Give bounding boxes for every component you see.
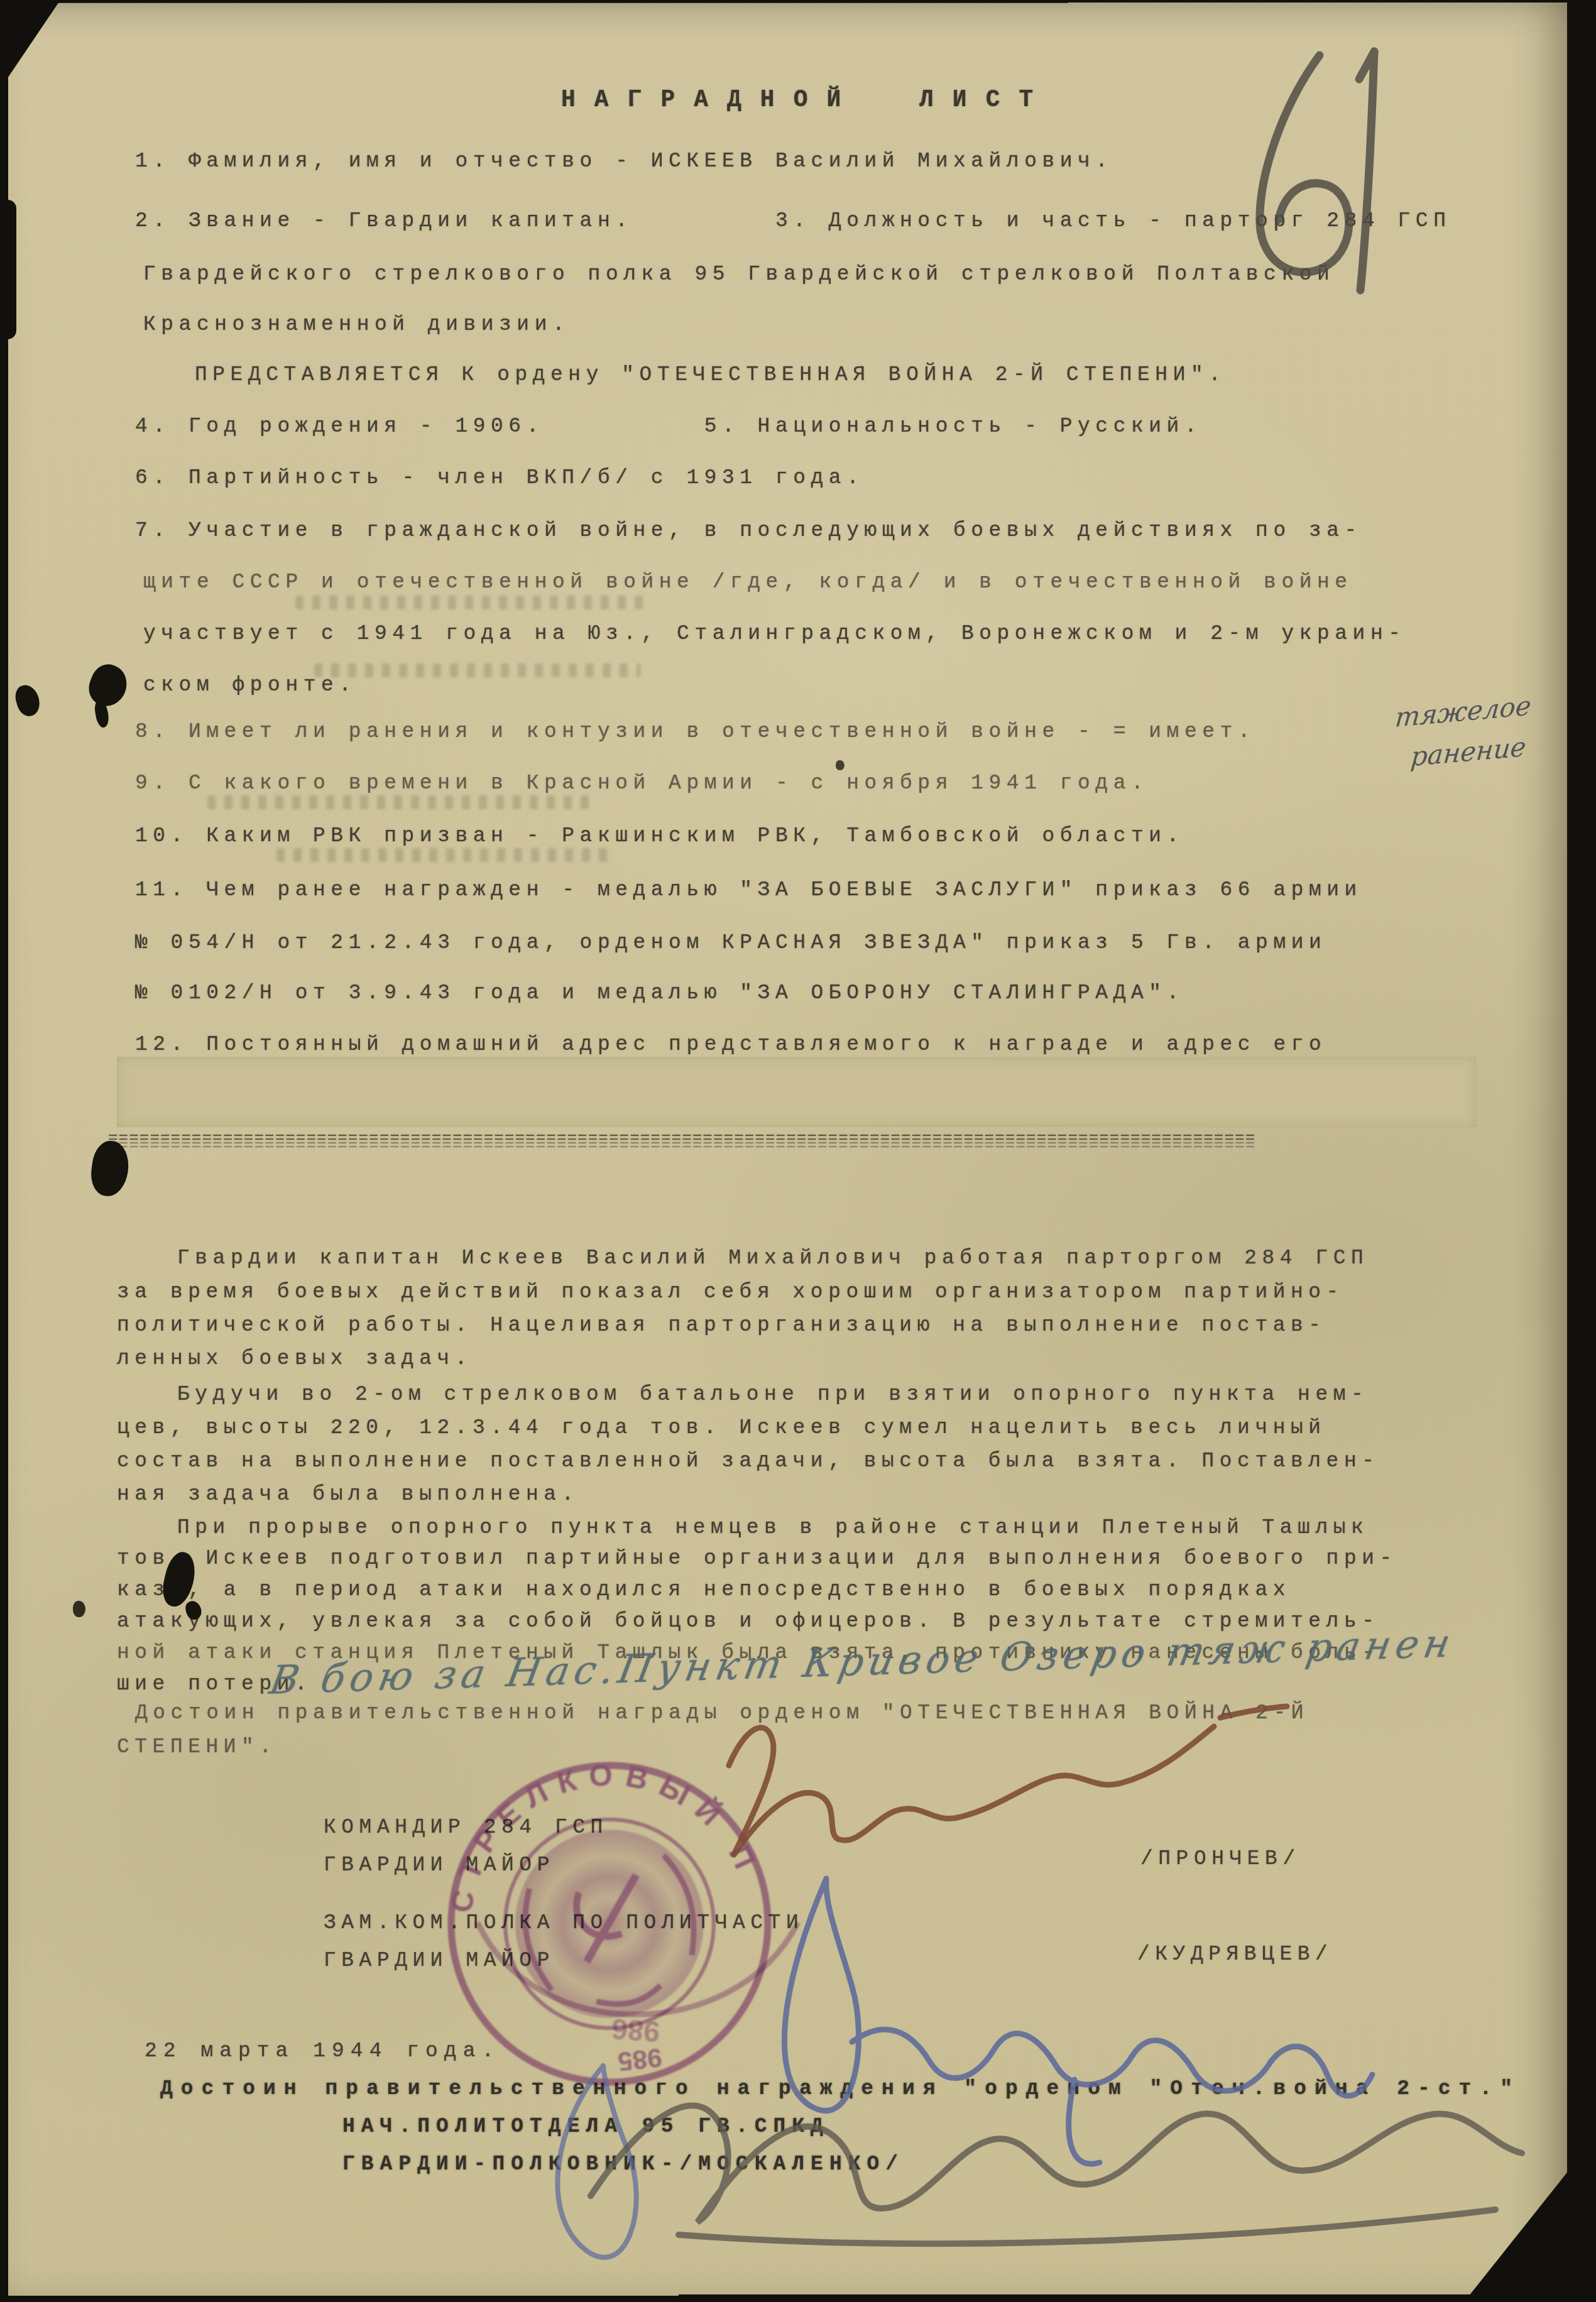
divider-line: ========================================…: [108, 1136, 1255, 1155]
typed-line: политической работы. Нацеливая парторган…: [117, 1314, 1326, 1337]
typed-line: Будучи во 2-ом стрелковом батальоне при …: [177, 1383, 1369, 1406]
moskalenko-autograph: [553, 2045, 1558, 2252]
scan-edge-left-bump: [0, 200, 16, 339]
typed-line: 7. Участие в гражданской войне, в послед…: [135, 519, 1362, 542]
typed-line: тов. Искеев подготовил партийные организ…: [117, 1547, 1397, 1570]
pencil-mark-61: [1210, 38, 1411, 302]
typed-line: цев, высоты 220, 12.3.44 года тов. Искее…: [117, 1416, 1326, 1439]
scan-edge-top: [0, 0, 1068, 3]
typed-line: ная задача была выполнена.: [117, 1483, 579, 1506]
typed-line: При прорыве опорного пункта немцев в рай…: [177, 1516, 1369, 1539]
typed-line: ленных боевых задач.: [117, 1347, 473, 1370]
typed-line: 10. Каким РВК призван - Ракшинским РВК, …: [135, 824, 1184, 848]
typed-line: Гвардейского стрелкового полка 95 Гварде…: [143, 263, 1335, 286]
typed-line: за время боевых действий показал себя хо…: [117, 1280, 1344, 1304]
ghost-print-artifact: [314, 663, 641, 677]
ink-speck: [836, 760, 844, 770]
typed-line: СТЕПЕНИ".: [117, 1735, 277, 1759]
page-title: НАГРАДНОЙ ЛИСТ: [561, 87, 1052, 114]
typed-line: 9. С какого времени в Красной Армии - с …: [135, 772, 1149, 795]
scan-edge-bottom: [679, 2294, 1596, 2302]
scan-edge-left: [0, 0, 8, 2302]
typed-line: 8. Имеет ли ранения и контузии в отечест…: [135, 720, 1255, 743]
typed-line: 6. Партийность - член ВКП/б/ с 1931 года…: [135, 466, 864, 489]
scan-edge-right: [1567, 0, 1596, 2302]
typed-line: щите СССР и отечественной войне /где, ко…: [143, 570, 1353, 594]
typed-line: Гвардии капитан Искеев Василий Михайлови…: [177, 1246, 1369, 1270]
typed-line: каза, а в период атаки находился непосре…: [117, 1578, 1291, 1601]
redaction-block: [117, 1057, 1477, 1127]
typed-line: Краснознаменной дивизии.: [143, 313, 570, 336]
typed-line: 1. Фамилия, имя и отчество - ИСКЕЕВ Васи…: [135, 150, 1113, 173]
ink-speck: [73, 1601, 85, 1617]
scanned-award-sheet: НАГРАДНОЙ ЛИСТ 1. Фамилия, имя и отчеств…: [0, 0, 1596, 2302]
svg-text:986: 986: [610, 2012, 660, 2048]
typed-line: 12. Постоянный домашний адрес представля…: [135, 1033, 1326, 1056]
typed-line: 4. Год рождения - 1906. 5. Национальност…: [135, 415, 1202, 438]
typed-line: состав на выполнение поставленной задачи…: [117, 1449, 1380, 1473]
typed-line: № 0102/Н от 3.9.43 года и медалью "ЗА ОБ…: [135, 981, 1184, 1005]
typed-line: участвует с 1941 года на Юз., Сталинград…: [143, 622, 1406, 645]
typed-line: ПРЕДСТАВЛЯЕТСЯ К ордену "ОТЕЧЕСТВЕННАЯ В…: [195, 363, 1227, 386]
ghost-print-artifact: [276, 848, 616, 862]
ghost-print-artifact: [207, 795, 597, 809]
ghost-print-artifact: [295, 596, 647, 609]
typed-line: 11. Чем ранее награжден - медалью "ЗА БО…: [135, 878, 1362, 902]
typed-line: № 054/Н от 21.2.43 года, орденом КРАСНАЯ…: [135, 931, 1326, 954]
